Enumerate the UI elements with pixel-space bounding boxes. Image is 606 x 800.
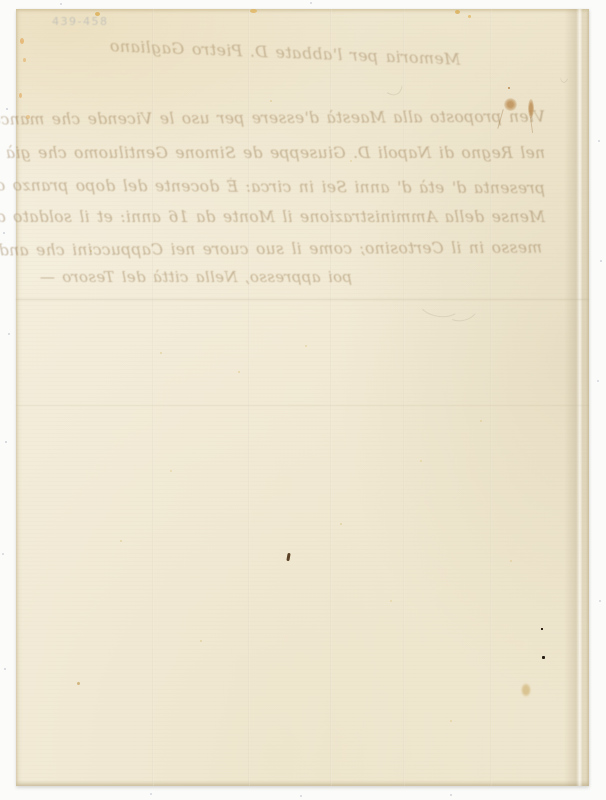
tan-stain bbox=[521, 683, 531, 697]
foxing-stain bbox=[19, 93, 22, 98]
dark-ink-speck bbox=[286, 553, 290, 561]
foxing-stain bbox=[23, 58, 26, 62]
horizontal-crease bbox=[16, 299, 589, 300]
foxing-stain bbox=[20, 38, 24, 44]
foxing-specks bbox=[16, 9, 18, 11]
bleedthrough-line: poi appresso, Nella città del Tesoro — bbox=[70, 267, 352, 288]
bleedthrough-line: Mense della Amministrazione il Monte da … bbox=[20, 207, 545, 229]
ink-blot-stain bbox=[504, 98, 517, 111]
foxing-stain bbox=[77, 682, 80, 685]
foxing-stain bbox=[468, 15, 471, 18]
foxing-stain bbox=[455, 10, 460, 14]
fold-crease-right-edge bbox=[564, 9, 586, 786]
ink-blot-stain bbox=[528, 99, 534, 118]
scanner-dust-specks bbox=[0, 0, 2, 2]
bleedthrough-line: nel Regno di Napoli D. Giuseppe de Simon… bbox=[55, 143, 545, 165]
bleedthrough-line: Vien proposto alla Maestà d'essere per u… bbox=[63, 107, 545, 131]
bleedthrough-line: presenta d' età d' anni Sei in circa: È … bbox=[22, 176, 545, 200]
manuscript-page: 439-458 Memoria per l'abbate D. Pietro G… bbox=[16, 9, 589, 786]
foxing-stain bbox=[95, 12, 100, 16]
bleedthrough-heading: Memoria per l'abbate D. Pietro Gagliano bbox=[105, 35, 466, 71]
dark-speck bbox=[542, 656, 545, 659]
dark-speck bbox=[541, 628, 543, 630]
archival-pencil-number: 439-458 bbox=[52, 15, 132, 28]
horizontal-crease bbox=[16, 405, 589, 406]
bleedthrough-line: messo in il Certosino; come il suo cuore… bbox=[25, 238, 542, 262]
foxing-stain bbox=[26, 115, 30, 119]
ink-speck bbox=[508, 87, 510, 89]
scan-background: 439-458 Memoria per l'abbate D. Pietro G… bbox=[0, 0, 606, 800]
foxing-stain bbox=[250, 9, 257, 13]
